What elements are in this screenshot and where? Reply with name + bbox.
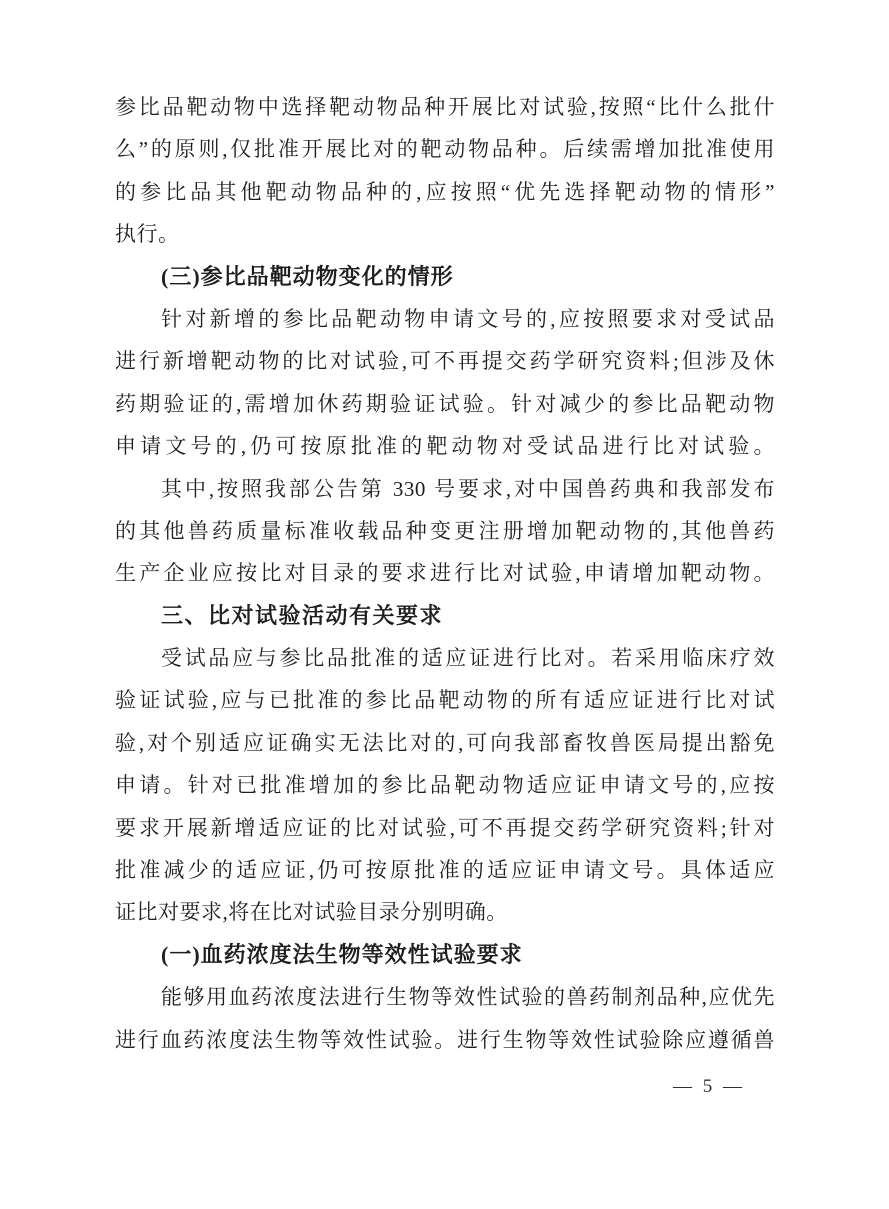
section-heading: (一)血药浓度法生物等效性试验要求 bbox=[115, 934, 775, 976]
text-line: 验证试验,应与已批准的参比品靶动物的所有适应证进行比对试 bbox=[115, 679, 775, 721]
section-heading: (三)参比品靶动物变化的情形 bbox=[115, 256, 775, 298]
text-line: 进行新增靶动物的比对试验,可不再提交药学研究资料;但涉及休 bbox=[115, 340, 775, 382]
text-line: 能够用血药浓度法进行生物等效性试验的兽药制剂品种,应优先 bbox=[115, 976, 775, 1018]
text-line: 进行血药浓度法生物等效性试验。进行生物等效性试验除应遵循兽 bbox=[115, 1019, 775, 1061]
text-line: 执行。 bbox=[115, 213, 775, 255]
text-line: 证比对要求,将在比对试验目录分别明确。 bbox=[115, 891, 775, 933]
text-line: 药期验证的,需增加休药期验证试验。针对减少的参比品靶动物 bbox=[115, 383, 775, 425]
text-line: 申请文号的,仍可按原批准的靶动物对受试品进行比对试验。 bbox=[115, 425, 775, 467]
text-line: 申请。针对已批准增加的参比品靶动物适应证申请文号的,应按 bbox=[115, 764, 775, 806]
text-line: 么”的原则,仅批准开展比对的靶动物品种。后续需增加批准使用 bbox=[115, 128, 775, 170]
text-line: 的参比品其他靶动物品种的,应按照“优先选择靶动物的情形” bbox=[115, 171, 775, 213]
text-line: 批准减少的适应证,仍可按原批准的适应证申请文号。具体适应 bbox=[115, 849, 775, 891]
text-line: 针对新增的参比品靶动物申请文号的,应按照要求对受试品 bbox=[115, 298, 775, 340]
text-line: 受试品应与参比品批准的适应证进行比对。若采用临床疗效 bbox=[115, 637, 775, 679]
text-line: 的其他兽药质量标准收载品种变更注册增加靶动物的,其他兽药 bbox=[115, 510, 775, 552]
page-number: — 5 — bbox=[673, 1076, 745, 1098]
document-page: 参比品靶动物中选择靶动物品种开展比对试验,按照“比什么批什么”的原则,仅批准开展… bbox=[0, 0, 889, 1209]
text-line: 要求开展新增适应证的比对试验,可不再提交药学研究资料;针对 bbox=[115, 807, 775, 849]
text-line: 其中,按照我部公告第 330 号要求,对中国兽药典和我部发布 bbox=[115, 468, 775, 510]
document-body: 参比品靶动物中选择靶动物品种开展比对试验,按照“比什么批什么”的原则,仅批准开展… bbox=[115, 86, 775, 1061]
text-line: 验,对个别适应证确实无法比对的,可向我部畜牧兽医局提出豁免 bbox=[115, 722, 775, 764]
text-line: 生产企业应按比对目录的要求进行比对试验,申请增加靶动物。 bbox=[115, 552, 775, 594]
section-heading: 三、比对试验活动有关要求 bbox=[115, 595, 775, 637]
text-line: 参比品靶动物中选择靶动物品种开展比对试验,按照“比什么批什 bbox=[115, 86, 775, 128]
